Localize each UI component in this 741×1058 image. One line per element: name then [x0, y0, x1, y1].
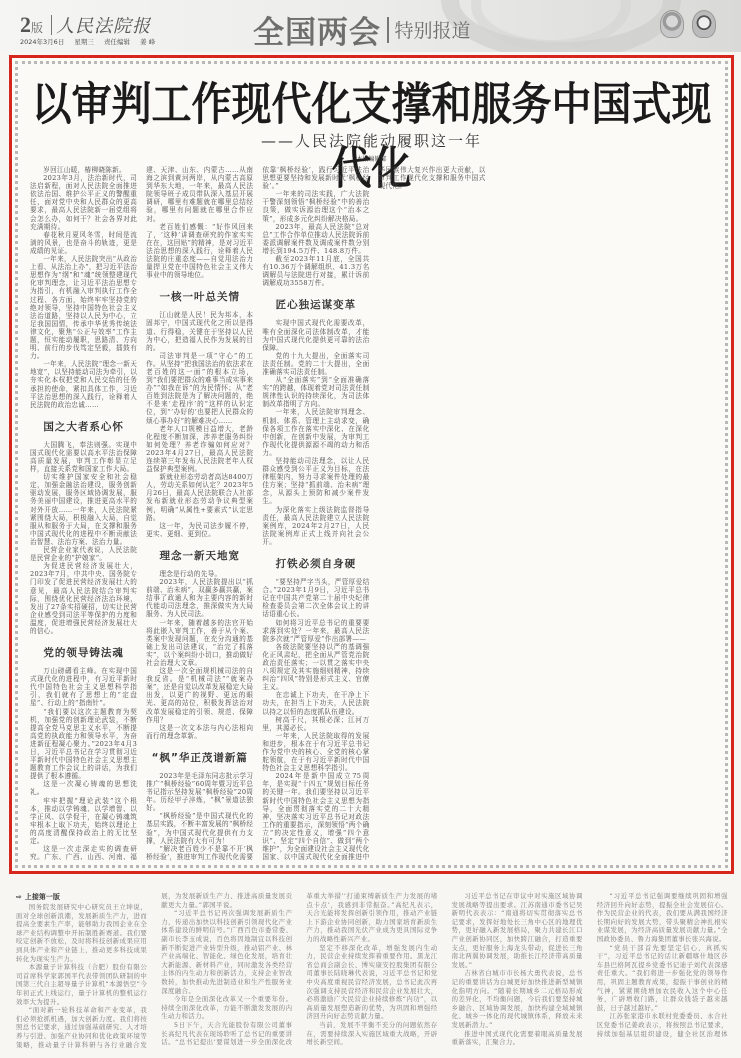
jump-line: ⇨ 上接第一版 [16, 892, 147, 902]
article-subheadline: ——人民法院能动履职这一年 [12, 130, 731, 151]
body-paragraph: 一年来，人民法院突出“从政治上看、从法治上办”，把习近平法治思想作为“纲”和“魂… [30, 255, 137, 360]
section-heading: 国之大者系心怀 [30, 419, 137, 434]
section-heading: “枫”华正茂谱新篇 [146, 750, 253, 765]
body-paragraph: 这是一次文本法与内心法相向而行的理念革新。 [146, 724, 253, 740]
emblems [660, 10, 716, 38]
section-heading: 理念一新天地宽 [146, 548, 253, 563]
main-article-frame: 以审判工作现代化支撑和服务中国式现代化 ——人民法院能动履职这一年 本报编辑部 … [9, 55, 734, 874]
edition-number: 2 [20, 12, 31, 38]
cppcc-emblem-icon [692, 10, 716, 38]
section-heading: 打铁必须自身硬 [262, 556, 369, 571]
article-body: 岁回江山暖，椿柳晓陈新。2023年3月，法治新时代，司法启新程，面对人民法院全面… [30, 166, 718, 866]
body-paragraph: 这一年，为民司法步履不停，更实、更细、更到位。 [146, 522, 253, 538]
body-paragraph: 习近平总书记在审议中对实施区域协调发展战略等提出要求。江苏南通市委书记吴新明代表… [452, 892, 583, 969]
editor-name: 姜 峰 [140, 38, 155, 46]
divider [387, 17, 389, 43]
body-paragraph: 今年是全面深化改革又一个重要年份。持续全面深化改革，方能不断激发发展的内生动力和… [161, 995, 292, 1021]
issue-weekday: 星期三 [74, 38, 94, 46]
body-paragraph: 当前，发展不平衡不充分的问题依然存在，需要持续深入实施区域重大战略，开辟增长新空… [306, 1021, 437, 1047]
body-paragraph: 推进中国式现代化需要着眼高质量发展重新落实，汇聚合力。 [452, 1030, 583, 1047]
body-paragraph: 牢牢把握“理论武装”这个根本，推动以学铸魂、以学增智、以学正风、以学促干，在凝心… [30, 797, 137, 846]
body-paragraph: 本源量子计算科技（合肥）股份有限公司首席科学家郭国平代表带领团队研制的中国第三代… [16, 963, 147, 1006]
body-paragraph: “习近平总书记强调要继续巩固和增强经济回升向好态势，提振全社会发展信心。作为民营… [597, 892, 728, 944]
body-paragraph: 如何将习近平总书记的重要要求落到实处？一年来，最高人民法院多次就“严管厚爱”作出… [262, 619, 369, 643]
body-paragraph: 为促进民营经济发展壮大，2023年7月，中共中央、国务院专门印发了促进民营经济发… [30, 562, 137, 635]
body-paragraph: 一年来，人民法院取得的发展和进步，根本在于有习近平总书记作为党中央的核心、全党的… [262, 732, 369, 772]
body-paragraph: 切实维护国家安全和社会稳定，加强金融法治建设，服务创新驱动发展，服务区域协调发展… [30, 473, 137, 546]
national-emblem-icon [660, 10, 684, 38]
jump-label: 上接第一版 [25, 892, 60, 902]
body-paragraph: 截至2023年11月底，全国共有10.36万个调解组织、41.3万名调解员与法院… [262, 255, 369, 287]
body-paragraph: 民营企业家代表说，人民法院是民营企业的“护娘家”。 [30, 546, 137, 562]
body-paragraph: 理念是行动的先导。 [146, 570, 253, 578]
section-title: 全国两会 特别报道 [253, 7, 471, 52]
body-paragraph: 实现中国式现代化需要改革，唯有全面深化司法体制改革，才能为中国式现代化提供更可靠… [262, 319, 369, 351]
body-paragraph: 从“全面落实”到“全面准确落实”的跨越，体现着党对司法责任制规律性认识的持续深化… [262, 376, 369, 408]
body-paragraph: 2023年，人民法院提出以“抓前端、治未病”，双赢多赢共赢，案结事了政通人和为主… [146, 578, 253, 618]
section-name: 全国两会 [253, 7, 381, 52]
body-paragraph: 党的十九大提出，全面落实司法责任制。党的二十大提出，全面准确落实司法责任制。 [262, 352, 369, 376]
section-heading: 匠心独运谋变革 [262, 297, 369, 312]
body-paragraph: 树高千尺，其根必深；江河万里，其源必长。 [262, 716, 369, 732]
body-paragraph: “要坚持严字当头，严管厚爱结合。”2023年1月9日，习近平总书记在中国共产党第… [262, 578, 369, 618]
edition-unit: 版 [31, 19, 43, 36]
body-paragraph: 2023年，最高人民法院“总对总”工作合作单位推动人民法院诉前委派调解案件数及调… [262, 223, 369, 255]
body-paragraph: “枫桥经验”是中国式现代化的基层实践，不断丰富发展的“枫桥经验”，为中国式现代化… [146, 812, 253, 844]
body-paragraph: 司法审判是一项“守心”的工作。从坚持“把我国法治的依法求在老百姓的这一面”的根本… [146, 352, 253, 425]
section-heading: 党的领导铸法魂 [30, 645, 137, 660]
body-paragraph: 各级法院要坚持以严的基调强化正风肃纪，把全面从严管党治院政治责任落实；一以贯之落… [262, 643, 369, 692]
body-paragraph: 江山就是人民！民为邦本，本固邦宁，中国式现代化之所以是得道、行得稳，关键在于坚持… [146, 311, 253, 351]
body-paragraph: 在忠诚上下功夫，在干净上下功夫，在担当上下功夫，人民法院以持之以恒的态度抓队伍建… [262, 691, 369, 715]
divider [51, 15, 52, 35]
body-paragraph: 国务院发展研究中心研究员王立坤说，面对全球创新浪潮，发展新质生产力，进而提高全要… [16, 903, 147, 963]
body-paragraph: “习近平总书记再次强调发展新质生产力，传递出加快以科技创新引领现代化产业体系建设… [161, 909, 292, 995]
body-paragraph: 一年来，随着越多的法官开始将此嵌入审判工作，善于从个案、类案中发现问题，在充分沟… [146, 619, 253, 668]
body-paragraph: 老百姓们感慨：“好作风回来了，‘这种’讲调查研究的作家实实在在，这回贴”的精神，… [146, 223, 253, 280]
subsection-name: 特别报道 [395, 16, 471, 43]
body-paragraph: 这是一次全面规机械司法的自我反省。是“机械司法”“就案办案”，还是自觉以改革发展… [146, 667, 253, 724]
body-paragraph: 新就业形态劳动者高达8400万人，劳动关系如何认定？2023年5月26日，最高人… [146, 473, 253, 522]
body-paragraph: 吉林省白城市市长杨大勇代表说，总书记的重要讲话为白城更好加快推进新型城镇化指明方… [452, 969, 583, 1029]
body-paragraph: 一年来的司法实践，广大法院干警深刻领悟“枫桥经验”中的善治良策，做实诉源治理这个… [262, 190, 369, 222]
continuation-article: ⇨ 上接第一版 国务院发展研究中心研究员王立坤说，面对全球创新浪潮，发展新质生产… [16, 892, 728, 1052]
body-paragraph: 大国腾飞，奉法则强。实现中国式现代化需要以高水平法治保障高质量发展，审判工作彰显… [30, 441, 137, 473]
body-paragraph: 坚定不移深化改革，增强发展内生动力，民营企业持续发挥着重要作用。黑龙江省总商会副… [306, 944, 437, 1021]
body-paragraph: “党员干部首先要坚定信心、真抓实干”，习近平总书记的话让新疆喀什地区莎车县巴格阿… [597, 944, 728, 1013]
body-paragraph: 一年来，人民法院“理念一新天地宽”，以坚持能动司法为牵引，以夯实化本权把党和人民… [30, 360, 137, 409]
page-masthead: 2 版 人民法院报 2024年3月6日 星期三 责任编辑 姜 峰 全国两会 特别… [0, 0, 741, 52]
issue-date: 2024年3月6日 [20, 38, 64, 46]
editor-label: 责任编辑 [104, 38, 130, 46]
article-byline: 本报编辑部 [12, 154, 731, 163]
body-paragraph: 这是一次凝心铸魂的思想洗礼。 [30, 780, 137, 796]
dateline: 2024年3月6日 星期三 责任编辑 姜 峰 [20, 37, 163, 46]
body-paragraph: 万山磅礴看主峰。在实现中国式现代化的进程中，有习近平新时代中国特色社会主义思想科… [30, 667, 137, 707]
body-paragraph: 2023年是毛泽东同志批示学习推广“枫桥经验”60周年暨习近平总书记指示坚持发展… [146, 772, 253, 812]
body-paragraph: 坚持能动司法理念，以让人民群众感受到公平正义为目标，在法律框架内，努力寻求案件处… [262, 457, 369, 506]
paper-name: 人民法院报 [56, 12, 151, 38]
body-paragraph: “我们要以这次主题教育为契机，加强党的创新理论武装，不断提高全党马克思主义水平，… [30, 708, 137, 781]
body-paragraph: 一年来，人民法院审判理念、机制、体系、管理上主动求变，确保各项工作在落实中深化、… [262, 408, 369, 457]
edition-label: 2 版 人民法院报 [20, 12, 151, 38]
arrow-right-icon: ⇨ [16, 893, 22, 901]
body-paragraph: 为深化落实上级法院监督指导责任，最高人民法院建立人民法院案例库，2024年2月2… [262, 506, 369, 546]
body-paragraph: 岁回江山暖，椿柳晓陈新。 [30, 166, 137, 174]
section-heading: 一核一叶总关情 [146, 289, 253, 304]
body-paragraph: 春花秋月夏风冬雪，时间是流淌的风景，也是奋斗的轨迹，更是成绩的见证。 [30, 231, 137, 255]
body-paragraph: 老年人口规模日益增大，老龄化程度不断加深，涉养老服务纠纷如何处理？养老诈骗如何应… [146, 425, 253, 474]
body-paragraph: 2023年3月，法治新时代，司法启新程，面对人民法院全面推进依法治国、维护公平正… [30, 174, 137, 231]
